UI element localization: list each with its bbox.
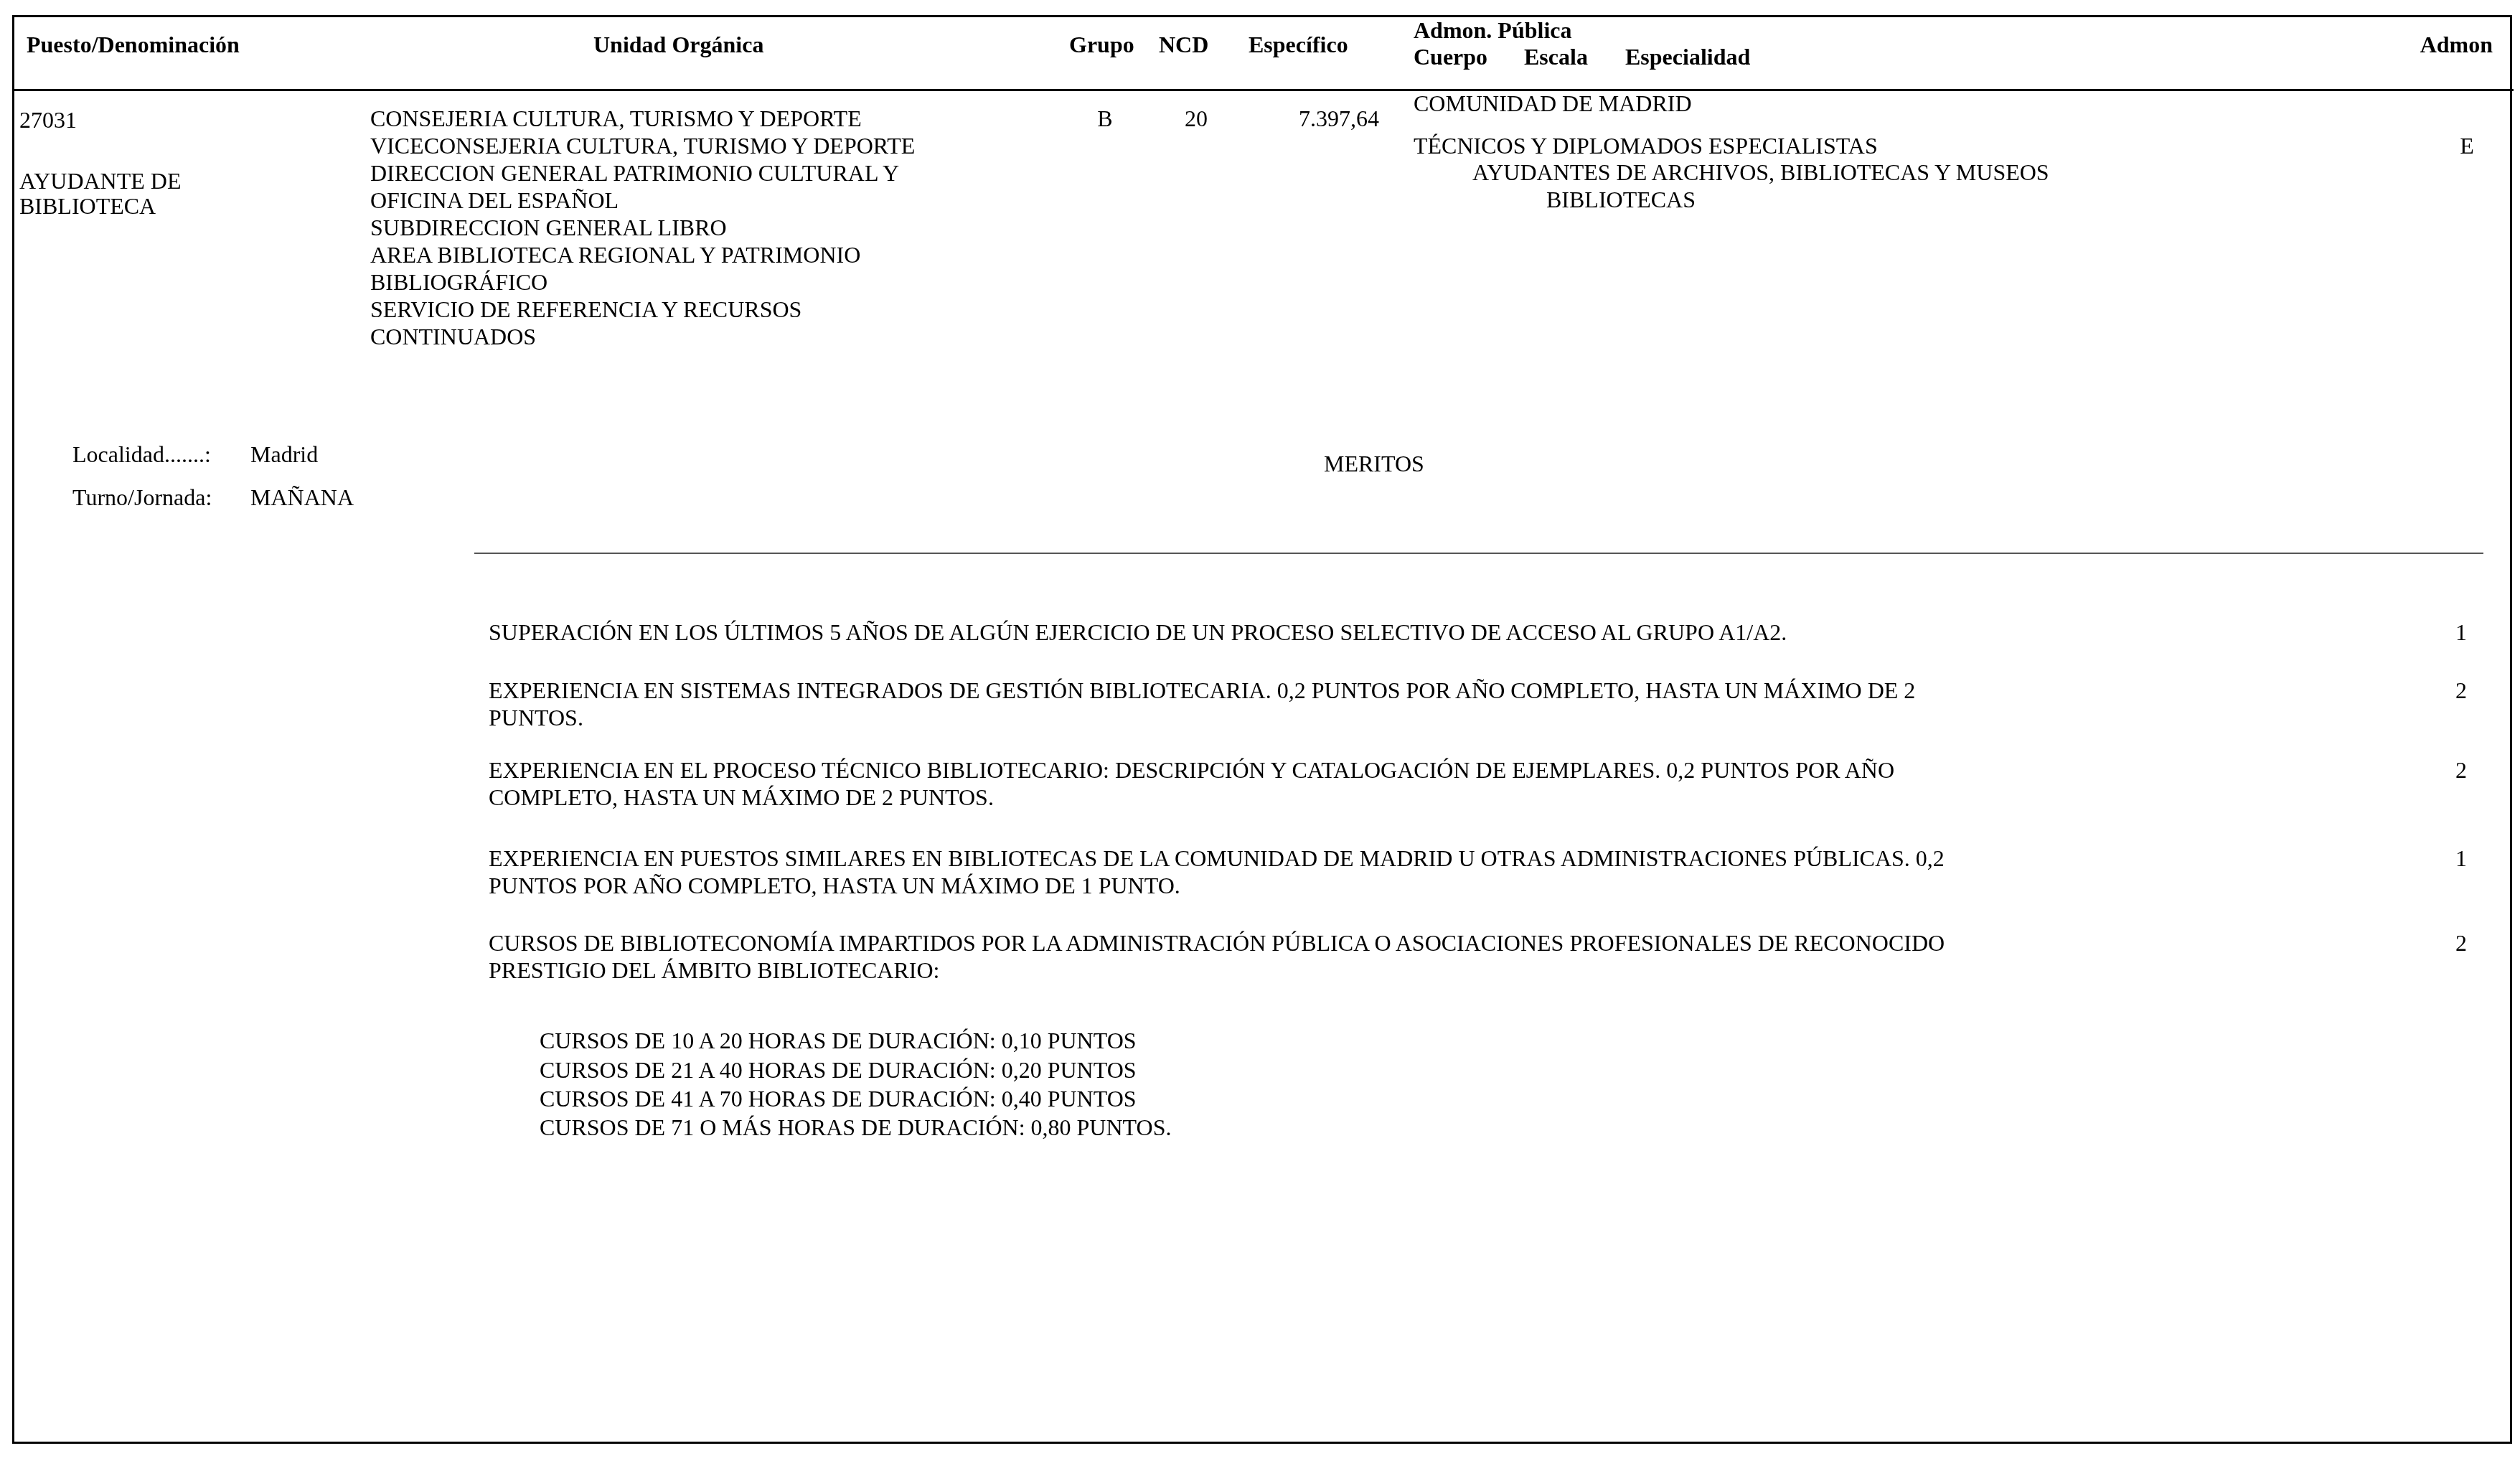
unidad-line: SERVICIO DE REFERENCIA Y RECURSOS [370,296,915,323]
merit-points: 2 [2440,929,2483,957]
merit-points: 1 [2440,845,2483,872]
unidad-line: VICECONSEJERIA CULTURA, TURISMO Y DEPORT… [370,132,915,159]
merit-item: EXPERIENCIA EN EL PROCESO TÉCNICO BIBLIO… [489,756,2211,811]
grupo-value: B [1076,105,1134,132]
merit-points: 2 [2440,756,2483,784]
merit-points: 2 [2440,677,2483,704]
course-line: CURSOS DE 10 A 20 HORAS DE DURACIÓN: 0,1… [540,1026,1137,1055]
localidad-value: Madrid [250,441,318,468]
header-cuerpo: Cuerpo [1414,43,1487,70]
merit-line: PRESTIGIO DEL ÁMBITO BIBLIOTECARIO: [489,957,2211,984]
ncd-value: 20 [1167,105,1225,132]
merit-line: SUPERACIÓN EN LOS ÚLTIMOS 5 AÑOS DE ALGÚ… [489,619,2211,646]
unidad-organica: CONSEJERIA CULTURA, TURISMO Y DEPORTE VI… [370,105,915,350]
course-line: CURSOS DE 71 O MÁS HORAS DE DURACIÓN: 0,… [540,1113,1171,1142]
escala-value: AYUDANTES DE ARCHIVOS, BIBLIOTECAS Y MUS… [1472,159,2049,186]
merit-item: EXPERIENCIA EN PUESTOS SIMILARES EN BIBL… [489,845,2211,899]
unidad-line: CONTINUADOS [370,323,915,350]
header-divider [12,89,2514,91]
merit-item: CURSOS DE BIBLIOTECONOMÍA IMPARTIDOS POR… [489,929,2211,984]
merit-line: EXPERIENCIA EN EL PROCESO TÉCNICO BIBLIO… [489,756,2211,784]
merit-line: EXPERIENCIA EN SISTEMAS INTEGRADOS DE GE… [489,677,2211,704]
header-escala: Escala [1524,43,1588,70]
unidad-line: DIRECCION GENERAL PATRIMONIO CULTURAL Y [370,159,915,187]
header-admon: Admon [2411,31,2493,58]
header-ncd: NCD [1159,31,1208,58]
puesto-codigo: 27031 [19,106,77,133]
unidad-line: OFICINA DEL ESPAÑOL [370,187,915,214]
merit-item: SUPERACIÓN EN LOS ÚLTIMOS 5 AÑOS DE ALGÚ… [489,619,2211,646]
header-especialidad: Especialidad [1625,43,1750,70]
admon-value: E [2445,132,2488,159]
unidad-line: BIBLIOGRÁFICO [370,268,915,296]
cuerpo-value: TÉCNICOS Y DIPLOMADOS ESPECIALISTAS [1414,132,1878,159]
merit-line: CURSOS DE BIBLIOTECONOMÍA IMPARTIDOS POR… [489,929,2211,957]
header-puesto: Puesto/Denominación [27,31,240,58]
merit-points: 1 [2440,619,2483,646]
merit-line: EXPERIENCIA EN PUESTOS SIMILARES EN BIBL… [489,845,2211,872]
merit-line: PUNTOS. [489,704,2211,731]
header-admon-publica: Admon. Pública [1414,17,1571,44]
admon-publica-value: COMUNIDAD DE MADRID [1414,90,1692,117]
turno-label: Turno/Jornada: [72,484,212,511]
course-line: CURSOS DE 21 A 40 HORAS DE DURACIÓN: 0,2… [540,1056,1137,1084]
denominacion-line: BIBLIOTECA [19,192,181,220]
especialidad-value: BIBLIOTECAS [1546,186,1696,213]
meritos-divider [474,553,2483,554]
turno-value: MAÑANA [250,484,354,511]
header-unidad: Unidad Orgánica [593,31,763,58]
localidad-label: Localidad.......: [72,441,211,468]
denominacion-line: AYUDANTE DE [19,167,181,194]
merit-line: PUNTOS POR AÑO COMPLETO, HASTA UN MÁXIMO… [489,872,2211,899]
header-especifico: Específico [1249,31,1348,58]
unidad-line: SUBDIRECCION GENERAL LIBRO [370,214,915,241]
puesto-denominacion: AYUDANTE DE BIBLIOTECA [19,167,181,220]
merit-item: EXPERIENCIA EN SISTEMAS INTEGRADOS DE GE… [489,677,2211,731]
header-grupo: Grupo [1069,31,1134,58]
course-line: CURSOS DE 41 A 70 HORAS DE DURACIÓN: 0,4… [540,1084,1137,1113]
unidad-line: AREA BIBLIOTECA REGIONAL Y PATRIMONIO [370,241,915,268]
merit-line: COMPLETO, HASTA UN MÁXIMO DE 2 PUNTOS. [489,784,2211,811]
unidad-line: CONSEJERIA CULTURA, TURISMO Y DEPORTE [370,105,915,132]
especifico-value: 7.397,64 [1236,105,1379,132]
meritos-title: MERITOS [1324,450,1424,477]
